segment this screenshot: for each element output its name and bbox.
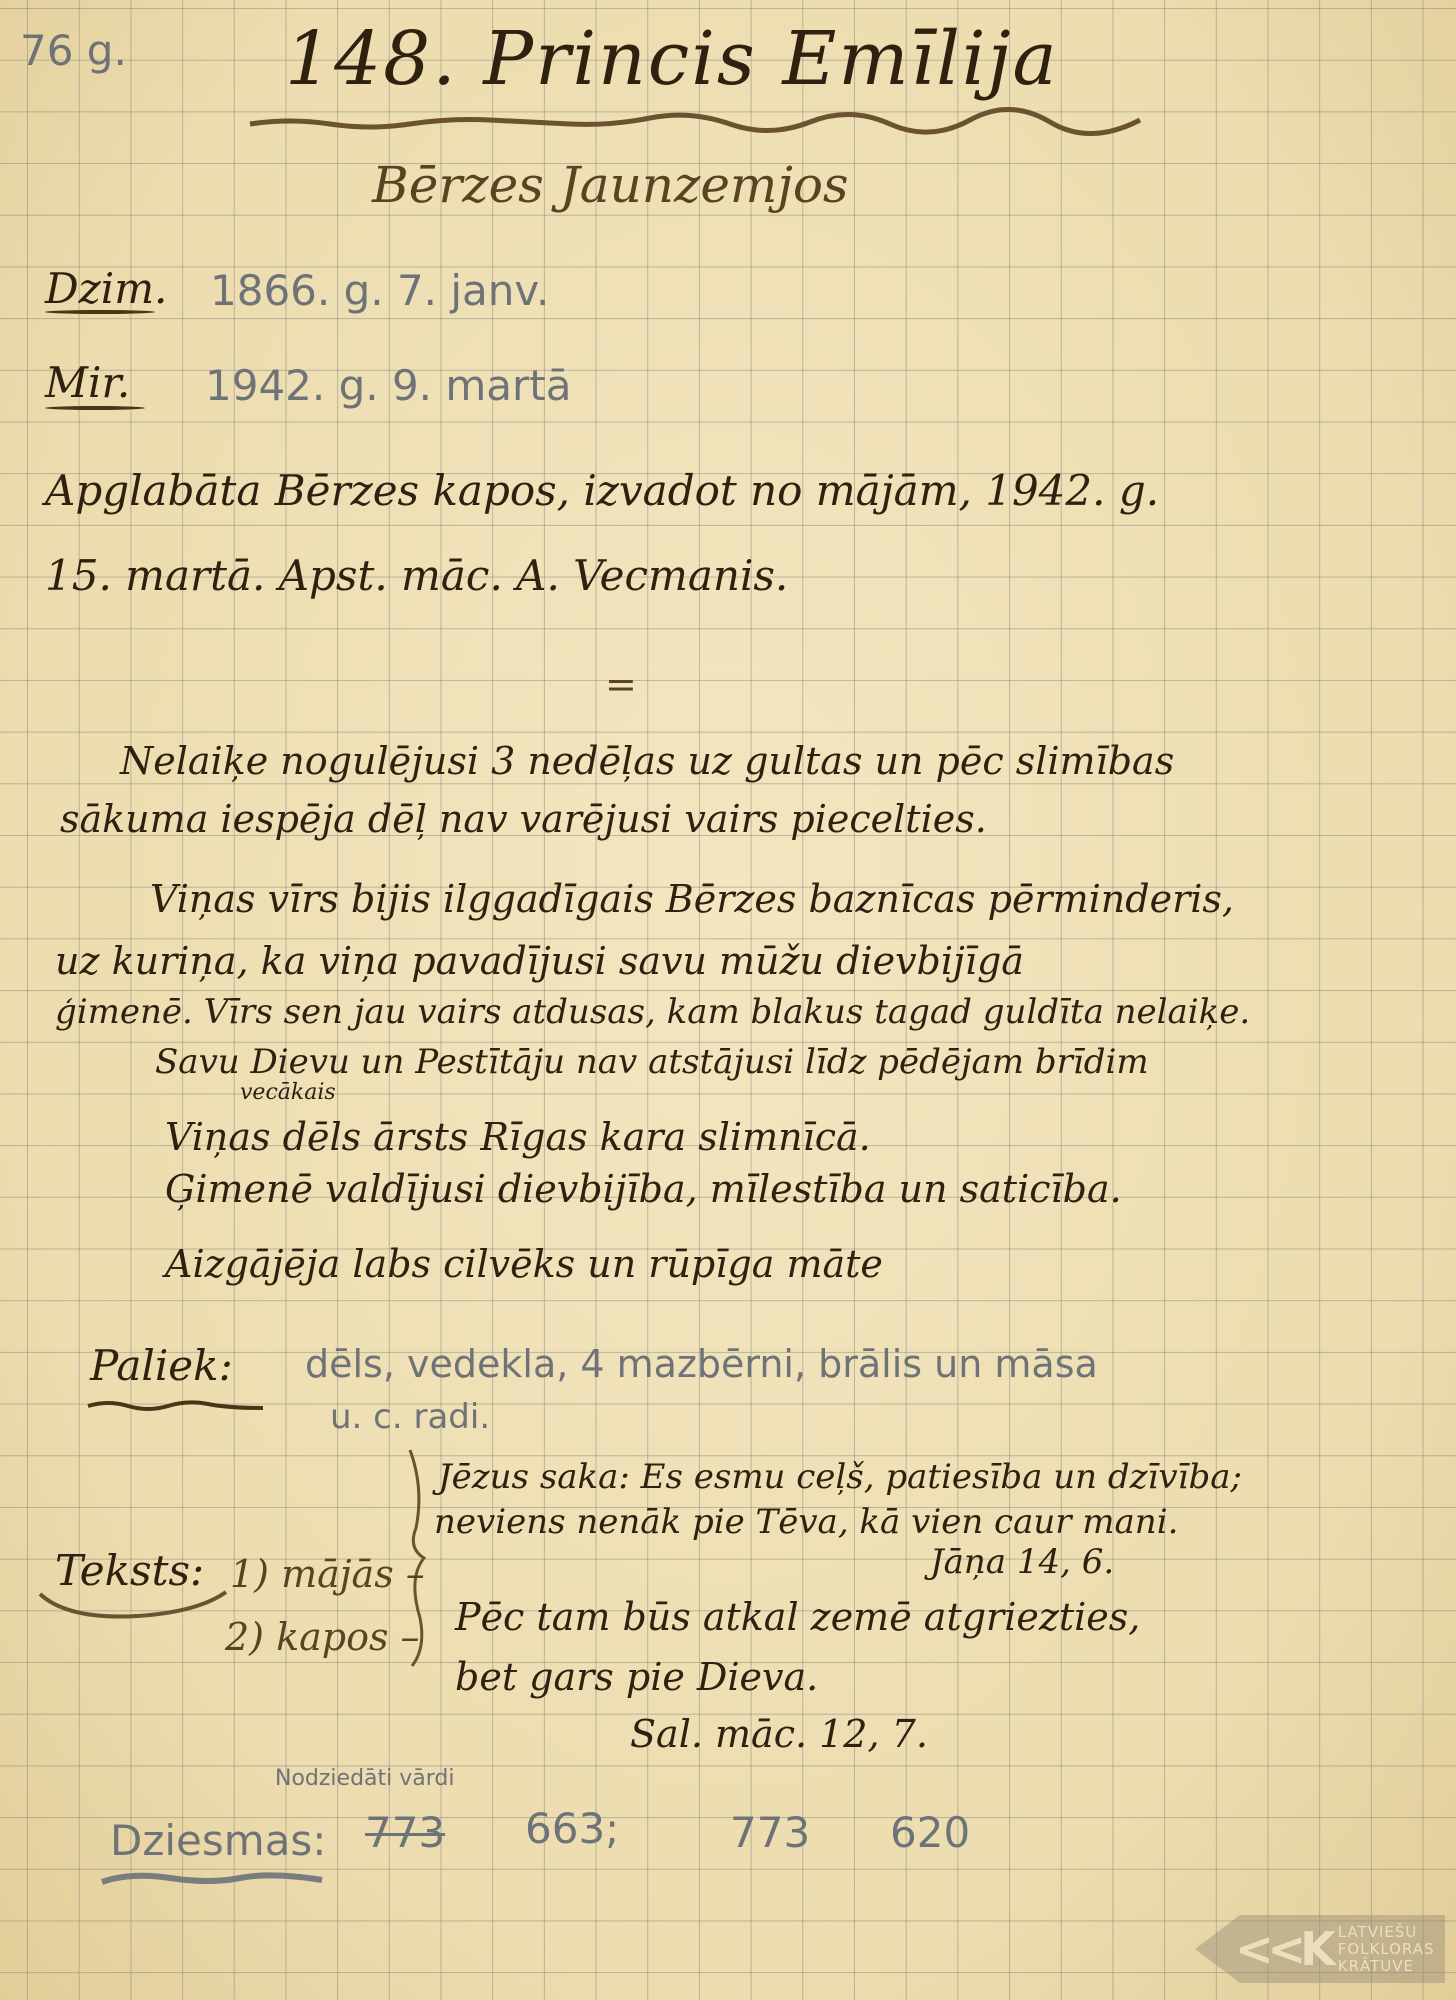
hymn-1: 663;: [525, 1808, 619, 1850]
home-text-reference: Jāņa 14, 6.: [930, 1545, 1114, 1579]
hymn-2: 773: [730, 1812, 810, 1854]
archive-name-line-2: FOLKLORAS: [1338, 1941, 1435, 1958]
died-label: Mir.: [45, 362, 130, 404]
burial-line-2: 15. martā. Apst. māc. A. Vecmanis.: [45, 555, 788, 597]
narrative-line-9: Aizgājēja labs cilvēks un rūpīga māte: [165, 1245, 883, 1283]
born-label-underline: [45, 310, 155, 314]
texts-label-underline: [38, 1590, 228, 1624]
born-date: 1866. g. 7. janv.: [210, 270, 549, 312]
archival-document-page: 76 g. 148. Princis Emīlija Bērzes Jaunze…: [0, 0, 1456, 2000]
place-name: Bērzes Jaunzemjos: [372, 160, 849, 210]
survivors-label-underline: [88, 1398, 263, 1412]
hymns-label-underline: [100, 1868, 325, 1888]
grave-text-line-2: bet gars pie Dieva.: [455, 1658, 818, 1696]
home-text-line-2: neviens nenāk pie Tēva, kā vien caur man…: [434, 1505, 1178, 1539]
died-label-underline: [45, 406, 145, 410]
narrative-line-4: uz kuriņa, ka viņa pavadījusi savu mūžu …: [55, 942, 1024, 980]
survivors-list-cont: u. c. radi.: [330, 1400, 490, 1434]
burial-line-1: Apglabāta Bērzes kapos, izvadot no mājām…: [45, 470, 1159, 512]
survivors-list: dēls, vedekla, 4 mazbērni, brālis un mās…: [305, 1345, 1098, 1383]
narrative-line-2: sākuma iespēja dēļ nav varējusi vairs pi…: [60, 800, 987, 838]
archive-watermark-logo: <<K LATVIEŠU FOLKLORAS KRĀTUVE: [1195, 1915, 1445, 1983]
text-home-label: 1) mājās –: [230, 1555, 425, 1593]
archive-name-line-3: KRĀTUVE: [1338, 1958, 1435, 1975]
text-grave-label: 2) kapos –: [225, 1618, 420, 1656]
archive-logo-icon: <<K: [1235, 1922, 1330, 1976]
narrative-line-1: Nelaiķe nogulējusi 3 nedēļas uz gultas u…: [120, 742, 1174, 780]
born-label: Dzim.: [45, 268, 167, 310]
archive-name: LATVIEŠU FOLKLORAS KRĀTUVE: [1338, 1924, 1435, 1975]
record-title: 148. Princis Emīlija: [285, 22, 1059, 96]
title-wavy-underline: [250, 112, 1140, 136]
home-text-line-1: Jēzus saka: Es esmu ceļš, patiesība un d…: [438, 1460, 1242, 1494]
texts-label: Teksts:: [55, 1550, 204, 1592]
narrative-line-5: ģimenē. Vīrs sen jau vairs atdusas, kam …: [55, 995, 1250, 1029]
narrative-line-6: Savu Dievu un Pestītāju nav atstājusi lī…: [155, 1045, 1149, 1079]
died-date: 1942. g. 9. martā: [205, 365, 572, 407]
separator-mark: =: [605, 665, 637, 703]
hymns-label: Dziesmas:: [110, 1820, 326, 1862]
narrative-line-3: Viņas vīrs bijis ilggadīgais Bērzes bazn…: [150, 880, 1234, 918]
hymn-3: 620: [890, 1812, 970, 1854]
archive-name-line-1: LATVIEŠU: [1338, 1924, 1435, 1941]
grave-text-reference: Sal. māc. 12, 7.: [630, 1715, 928, 1753]
hymns-note: Nodziedāti vārdi: [275, 1768, 455, 1790]
survivors-label: Paliek:: [90, 1345, 233, 1387]
narrative-line-7: Viņas dēls ārsts Rīgas kara slimnīcā.: [165, 1118, 871, 1156]
hymn-struck: 773: [365, 1812, 445, 1854]
narrative-line-8: Ģimenē valdījusi dievbijība, mīlestība u…: [165, 1170, 1122, 1208]
grave-text-line-1: Pēc tam būs atkal zemē atgriezties,: [455, 1598, 1140, 1636]
page-reference: 76 g.: [20, 30, 127, 72]
insertion-note: vecākais: [240, 1082, 336, 1104]
